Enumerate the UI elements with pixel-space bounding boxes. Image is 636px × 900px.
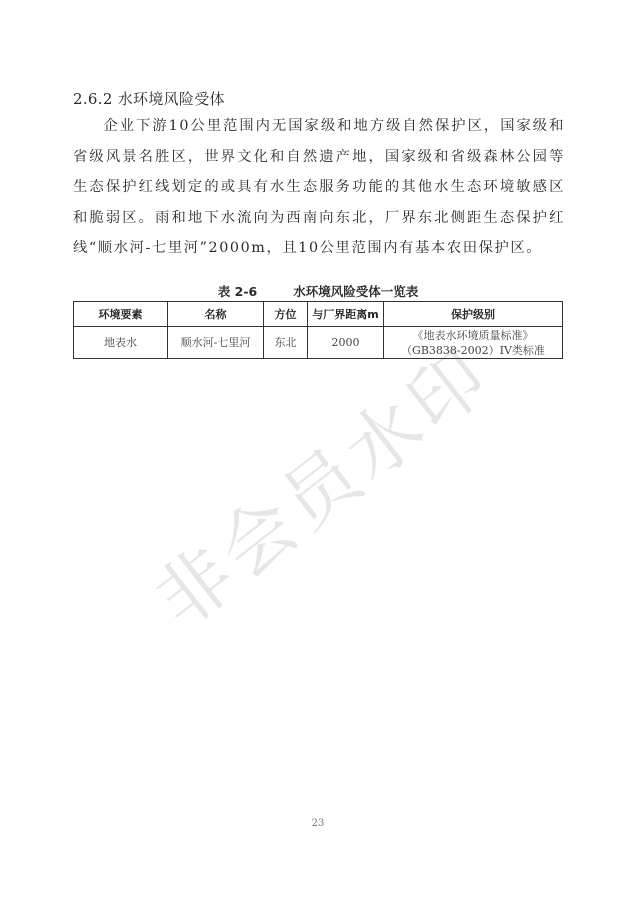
header-element: 环境要素 xyxy=(74,302,168,327)
cell-distance: 2000 xyxy=(308,327,384,359)
risk-receptor-table: 环境要素 名称 方位 与厂界距离m 保护级别 地表水 顺水河-七里河 东北 20… xyxy=(73,301,563,359)
section-paragraph: 企业下游10公里范围内无国家级和地方级自然保护区，国家级和省级风景名胜区，世界文… xyxy=(73,111,565,264)
cell-name: 顺水河-七里河 xyxy=(168,327,264,359)
table-header-row: 环境要素 名称 方位 与厂界距离m 保护级别 xyxy=(74,302,563,327)
paragraph-text: 企业下游10公里范围内无国家级和地方级自然保护区，国家级和省级风景名胜区，世界文… xyxy=(73,118,565,256)
cell-element: 地表水 xyxy=(74,327,168,359)
table-caption: 表 2-6水环境风险受体一览表 xyxy=(0,282,636,300)
watermark: 非会员水印 xyxy=(130,318,510,648)
header-name: 名称 xyxy=(168,302,264,327)
cell-protection: 《地表水环境质量标准》 （GB3838-2002）IV类标准 xyxy=(384,327,563,359)
section-heading: 2.6.2 水环境风险受体 xyxy=(73,88,225,109)
protection-line-2: （GB3838-2002）IV类标准 xyxy=(384,343,562,358)
header-distance: 与厂界距离m xyxy=(308,302,384,327)
cell-direction: 东北 xyxy=(264,327,308,359)
header-protection: 保护级别 xyxy=(384,302,563,327)
table-caption-title: 水环境风险受体一览表 xyxy=(293,284,418,299)
header-direction: 方位 xyxy=(264,302,308,327)
protection-line-1: 《地表水环境质量标准》 xyxy=(384,328,562,343)
table-row: 地表水 顺水河-七里河 东北 2000 《地表水环境质量标准》 （GB3838-… xyxy=(74,327,563,359)
table-caption-number: 表 2-6 xyxy=(218,284,257,299)
page-number: 23 xyxy=(0,818,636,829)
